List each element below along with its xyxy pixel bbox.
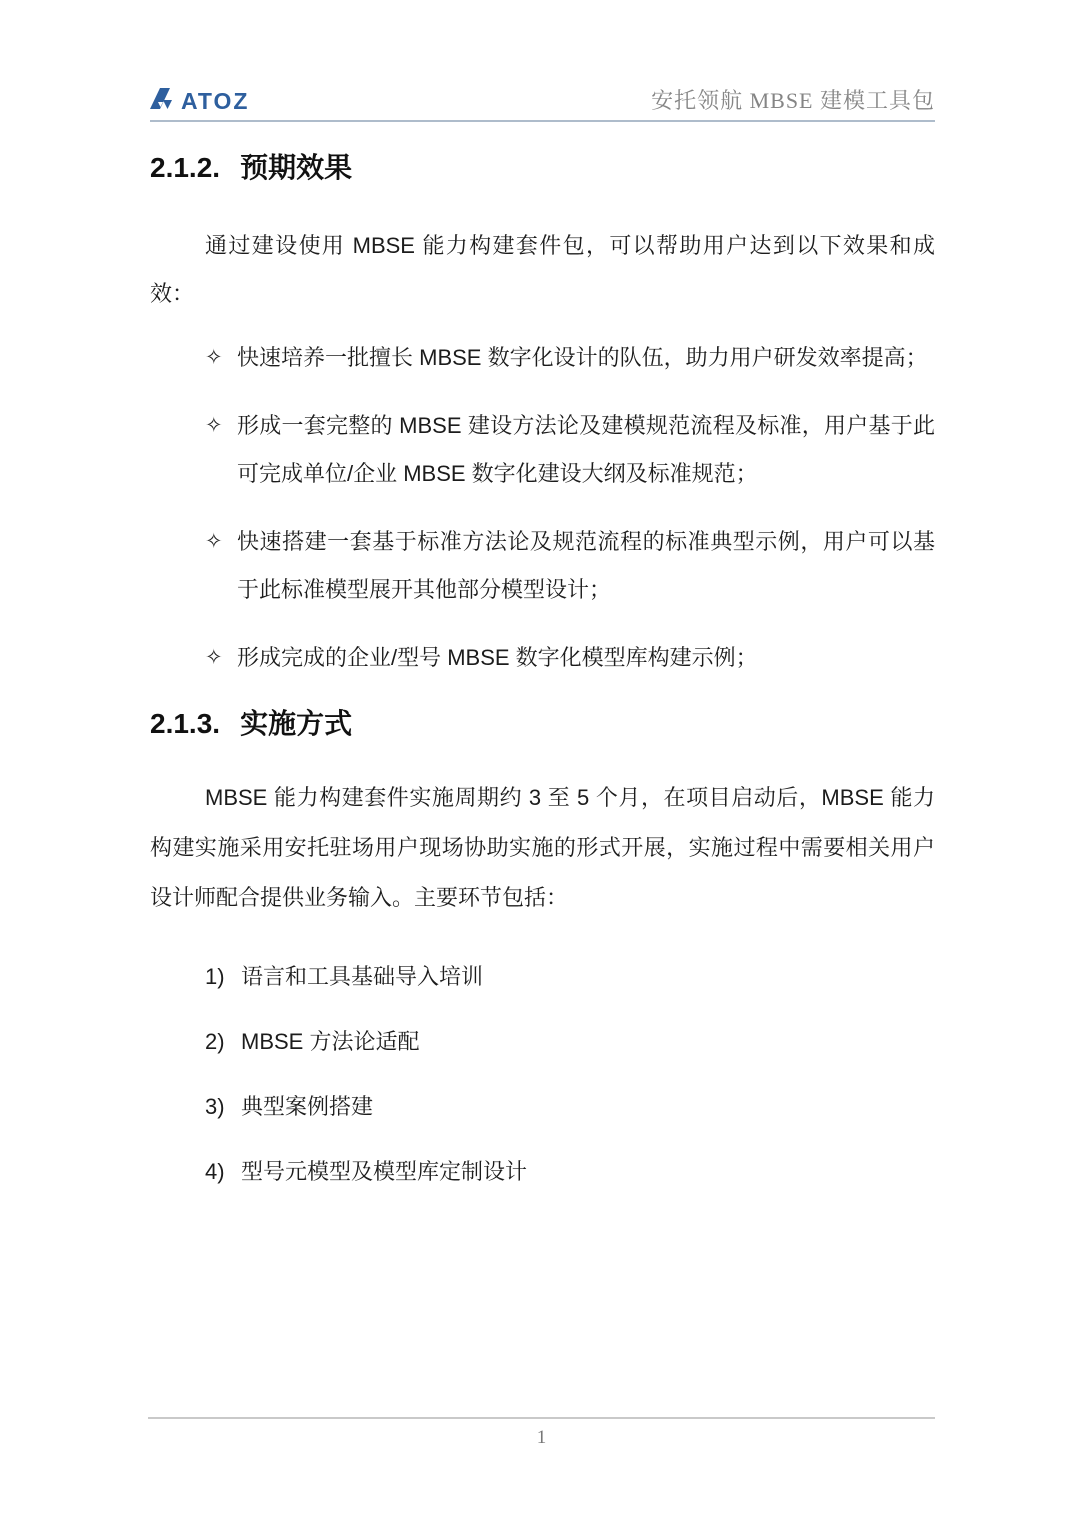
heading-number: 2.1.3. (150, 706, 220, 742)
numbered-list: 1) 语言和工具基础导入培训 2) MBSE 方法论适配 3) 典型案例搭建 4… (150, 953, 935, 1196)
bullet-text: 快速搭建一套基于标准方法论及规范流程的标准典型示例，用户可以基于此标准模型展开其… (237, 518, 935, 614)
diamond-bullet-icon: ✧ (205, 402, 237, 498)
bullet-text: 形成完成的企业/型号 MBSE 数字化模型库构建示例； (237, 634, 935, 682)
document-page: ATOZ 安托领航 MBSE 建模工具包 2.1.2. 预期效果 通过建设使用 … (0, 0, 1080, 1527)
atoz-logo-text: ATOZ (181, 88, 249, 115)
bullet-item: ✧ 快速培养一批擅长 MBSE 数字化设计的队伍，助力用户研发效率提高； (205, 334, 935, 382)
atoz-logo: ATOZ (150, 87, 249, 115)
list-item-text: 型号元模型及模型库定制设计 (241, 1148, 527, 1196)
heading-text: 预期效果 (240, 150, 352, 186)
list-item-text: 典型案例搭建 (241, 1083, 373, 1131)
header-document-title: 安托领航 MBSE 建模工具包 (651, 84, 935, 115)
list-item: 2) MBSE 方法论适配 (205, 1018, 935, 1066)
page-footer: 1 (148, 1417, 935, 1449)
bullet-text: 快速培养一批擅长 MBSE 数字化设计的队伍，助力用户研发效率提高； (237, 334, 935, 382)
section-heading-2-1-2: 2.1.2. 预期效果 (150, 150, 935, 186)
diamond-bullet-icon: ✧ (205, 634, 237, 682)
bullet-item: ✧ 形成完成的企业/型号 MBSE 数字化模型库构建示例； (205, 634, 935, 682)
bullet-text: 形成一套完整的 MBSE 建设方法论及建模规范流程及标准，用户基于此可完成单位/… (237, 402, 935, 498)
page-header: ATOZ 安托领航 MBSE 建模工具包 (150, 84, 935, 122)
list-item-number: 2) (205, 1018, 241, 1066)
list-item-number: 1) (205, 953, 241, 1001)
page-content: ATOZ 安托领航 MBSE 建模工具包 2.1.2. 预期效果 通过建设使用 … (150, 84, 935, 1196)
list-item: 4) 型号元模型及模型库定制设计 (205, 1148, 935, 1196)
section-heading-2-1-3: 2.1.3. 实施方式 (150, 706, 935, 742)
bullet-item: ✧ 快速搭建一套基于标准方法论及规范流程的标准典型示例，用户可以基于此标准模型展… (205, 518, 935, 614)
list-item-text: MBSE 方法论适配 (241, 1018, 419, 1066)
list-item-text: 语言和工具基础导入培训 (241, 953, 483, 1001)
heading-number: 2.1.2. (150, 150, 220, 186)
diamond-bullet-icon: ✧ (205, 334, 237, 382)
list-item: 3) 典型案例搭建 (205, 1083, 935, 1131)
implementation-paragraph: MBSE 能力构建套件实施周期约 3 至 5 个月，在项目启动后，MBSE 能力… (150, 773, 935, 923)
list-item: 1) 语言和工具基础导入培训 (205, 953, 935, 1001)
page-number: 1 (537, 1427, 547, 1448)
list-item-number: 3) (205, 1083, 241, 1131)
bullet-item: ✧ 形成一套完整的 MBSE 建设方法论及建模规范流程及标准，用户基于此可完成单… (205, 402, 935, 498)
atoz-logo-icon (150, 87, 174, 115)
list-item-number: 4) (205, 1148, 241, 1196)
heading-text: 实施方式 (240, 706, 352, 742)
intro-paragraph: 通过建设使用 MBSE 能力构建套件包，可以帮助用户达到以下效果和成效： (150, 222, 935, 318)
diamond-bullet-icon: ✧ (205, 518, 237, 614)
